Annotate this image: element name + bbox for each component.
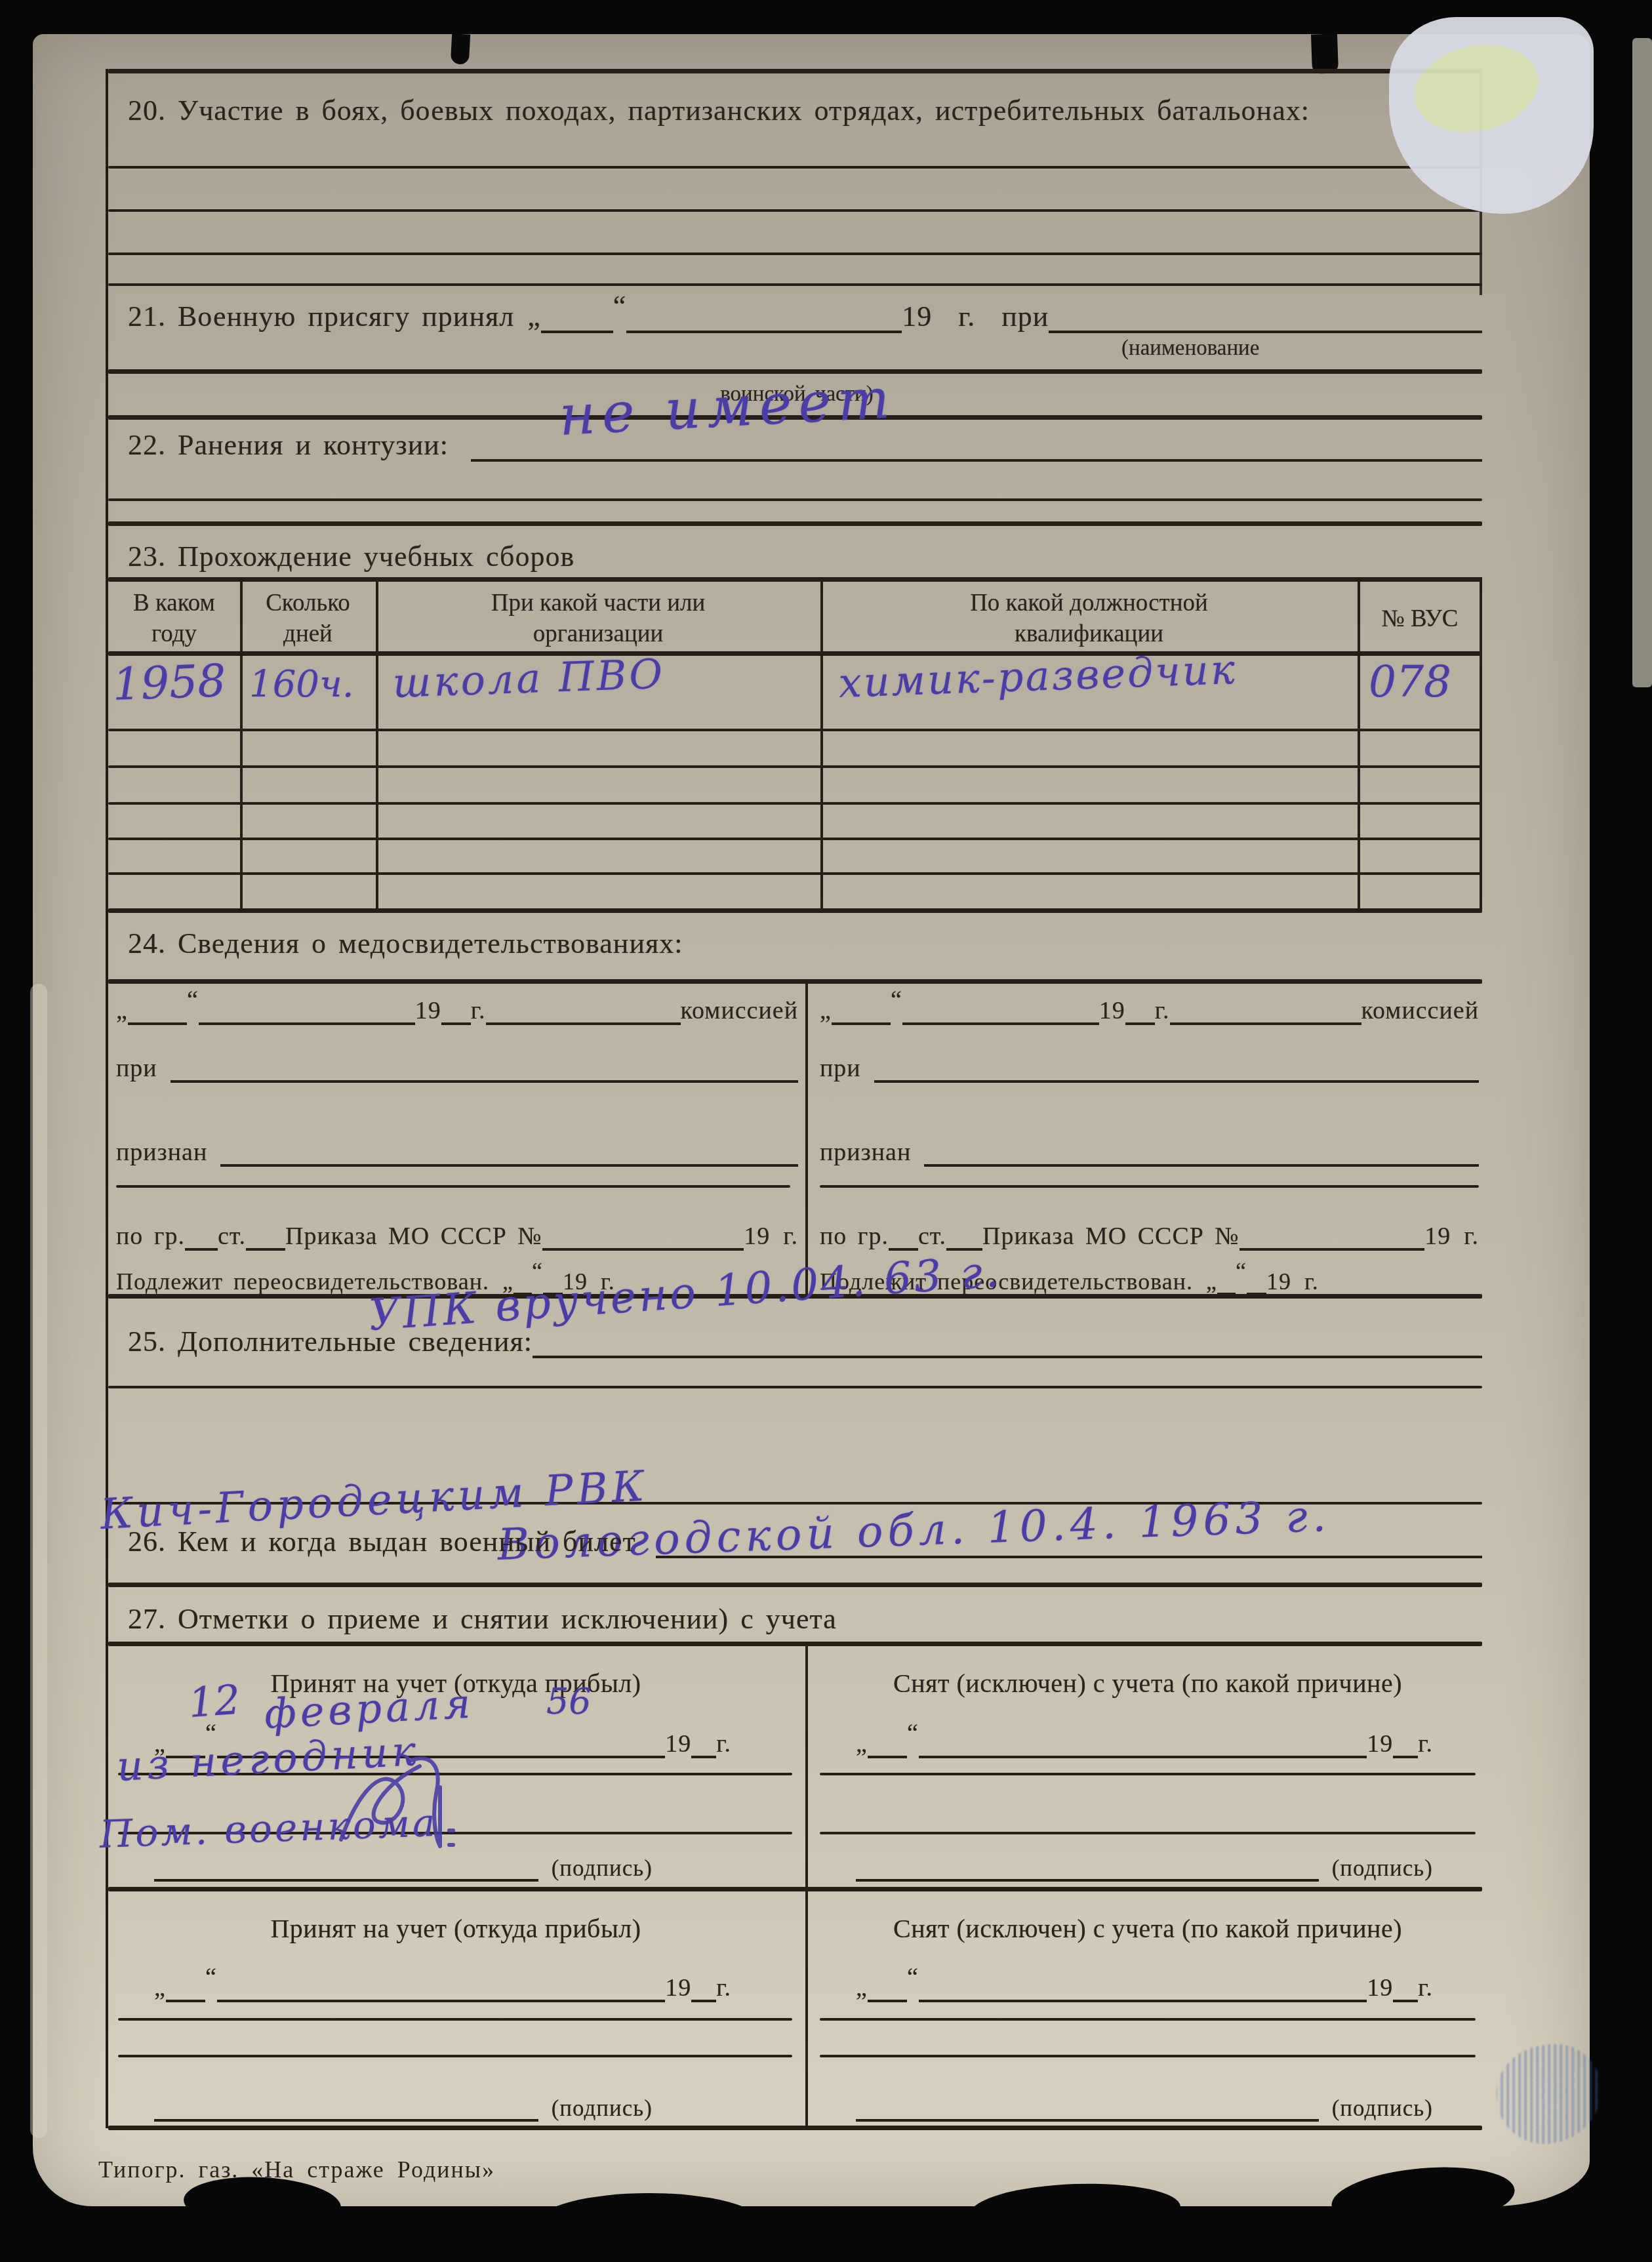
year-19: 19 — [415, 996, 441, 1025]
close-quote: “ — [907, 1963, 919, 1992]
ruled-line — [116, 1185, 790, 1188]
worn-paper-edge — [30, 984, 47, 2138]
priznan-label: признан — [116, 1138, 207, 1167]
ruled-line — [108, 1386, 1482, 1388]
close-quote: “ — [907, 1719, 919, 1748]
item25-row: 25. Дополнительные сведения: — [128, 1323, 1482, 1358]
fill-line — [1393, 1979, 1418, 2002]
open-quote: „ — [820, 996, 832, 1025]
form-area: 20. Участие в боях, боевых походах, парт… — [108, 69, 1482, 2197]
open-quote: „ — [856, 1729, 868, 1758]
fill-line — [919, 1735, 1367, 1758]
table27-remove-header-2: Снят (исключен) с учета (по какой причин… — [820, 1913, 1476, 1944]
fill-line — [1170, 1001, 1361, 1025]
item24-label: 24. Сведения о медосвидетельствованиях: — [128, 927, 683, 960]
table23-hw-vus: 078 — [1369, 656, 1451, 707]
signature-line — [154, 2094, 538, 2122]
ruled-line — [118, 2055, 792, 2057]
ink-mark — [1311, 33, 1339, 73]
fill-line — [874, 1059, 1479, 1083]
table27-remove-header: Снят (исключен) с учета (по какой причин… — [820, 1668, 1476, 1699]
section-divider-line — [108, 521, 1482, 526]
year-19: 19 — [1266, 1268, 1291, 1295]
commission-label: комиссией — [681, 996, 798, 1025]
signature-line — [856, 2094, 1319, 2122]
fill-line — [656, 1531, 1482, 1558]
med-block-top-border — [108, 979, 1482, 984]
table27-r2-left-signature-row: (подпись) — [154, 2090, 653, 2122]
year-g: г. — [471, 996, 486, 1025]
signature-line — [856, 1854, 1319, 1882]
table27-r2-right-date: „ “ 19 г. — [856, 1966, 1433, 2002]
ruled-line — [108, 209, 1482, 212]
fill-line — [246, 1227, 285, 1251]
table23-bottom-border — [108, 908, 1482, 913]
table23-header-underline — [108, 651, 1482, 656]
med-left-order-row: по гр. ст. Приказа МО СССР № 19 г. — [116, 1215, 798, 1251]
table27-r2-left-date: „ “ 19 г. — [154, 1966, 731, 2002]
ruled-line — [108, 283, 1482, 286]
med-right-pri-row: при — [820, 1047, 1479, 1083]
table27-r1-right-date: „ “ 19 г. — [856, 1722, 1433, 1758]
podpis-label: (подпись) — [1332, 1855, 1433, 1882]
fill-line — [1393, 1735, 1418, 1758]
st-label: ст. — [218, 1222, 246, 1251]
fill-line — [533, 1331, 1482, 1358]
section-divider-line — [108, 1583, 1482, 1587]
year-19: 19 — [665, 1973, 691, 2002]
close-quote: “ — [187, 986, 199, 1015]
fill-line — [199, 1001, 415, 1025]
item26-row: 26. Кем и когда выдан военный билет — [128, 1522, 1482, 1558]
year-g: г. — [716, 1729, 731, 1758]
year-g: г. — [783, 1222, 798, 1251]
table27-accept-header-2: Принят на учет (откуда прибыл) — [121, 1913, 790, 1944]
item27-hw-day: 12 — [187, 1676, 242, 1727]
med-left-date-row: „ “ 19 г. комиссией — [116, 988, 798, 1025]
fill-line — [486, 1001, 681, 1025]
po-gr-label: по гр. — [820, 1222, 889, 1251]
pri-label: при — [1001, 300, 1049, 333]
year-g: г. — [716, 1973, 731, 2002]
fill-line — [924, 1143, 1479, 1167]
ink-mark — [451, 33, 470, 64]
torn-edge — [538, 2193, 761, 2252]
ruled-line — [108, 498, 1482, 501]
pri-label: при — [116, 1054, 157, 1083]
table23-header-qualification: По какой должностнойквалификации — [820, 587, 1358, 650]
fill-line — [691, 1735, 716, 1758]
close-quote: “ — [205, 1963, 217, 1992]
table27-divider — [805, 1642, 808, 2126]
table23-hw-unit: школа ПВО — [392, 650, 666, 707]
podpis-label: (подпись) — [1332, 2095, 1433, 2122]
commission-label: комиссией — [1361, 996, 1479, 1025]
order-label: Приказа МО СССР № — [982, 1222, 1239, 1251]
table23-hw-year: 1958 — [111, 655, 227, 711]
fill-line — [441, 1001, 471, 1025]
fill-line — [868, 1979, 907, 2002]
fill-line — [1247, 1272, 1266, 1295]
year-g: г. — [958, 300, 975, 333]
ruled-line — [820, 2055, 1476, 2057]
close-quote: “ — [1236, 1257, 1247, 1285]
open-quote: „ — [116, 996, 128, 1025]
year-19: 19 — [744, 1222, 770, 1251]
item21-label: 21. Военную присягу принял — [128, 300, 514, 333]
year-19: 19 — [1424, 1222, 1451, 1251]
ruled-line — [108, 729, 1482, 731]
adjacent-page-edge — [1632, 38, 1652, 687]
fill-line — [902, 1001, 1099, 1025]
ruled-line — [108, 252, 1482, 255]
ruled-line — [108, 872, 1482, 875]
year-19: 19 — [1099, 996, 1125, 1025]
table23-top-border — [108, 577, 1482, 582]
fill-line — [889, 1227, 918, 1251]
fill-line — [1217, 1272, 1236, 1295]
table23-header-year: В какомгоду — [108, 587, 240, 650]
med-left-pri-row: при — [116, 1047, 798, 1083]
year-g: г. — [1155, 996, 1170, 1025]
fill-line — [832, 1001, 891, 1025]
ruled-line — [108, 802, 1482, 805]
print-shop-imprint: Типогр. газ. «На страже Родины» — [98, 2156, 495, 2183]
med-block-divider — [805, 979, 808, 1297]
med-right-date-row: „ “ 19 г. комиссией — [820, 988, 1479, 1025]
item27-label: 27. Отметки о приеме и снятии исключении… — [128, 1602, 837, 1636]
fill-line — [541, 306, 613, 333]
item21-oath-row: 21. Военную присягу принял „ “ 19 г. при — [128, 295, 1482, 333]
open-quote: „ — [1206, 1268, 1217, 1295]
order-label: Приказа МО СССР № — [285, 1222, 542, 1251]
item20-label: 20. Участие в боях, боевых походах, парт… — [128, 94, 1310, 127]
fill-line — [542, 1227, 744, 1251]
podpis-label: (подпись) — [552, 2095, 653, 2122]
po-gr-label: по гр. — [116, 1222, 185, 1251]
fill-line — [1239, 1227, 1425, 1251]
open-quote: „ — [856, 1973, 868, 2002]
fill-line — [919, 1979, 1367, 2002]
year-19: 19 — [902, 300, 932, 333]
fill-line — [171, 1059, 798, 1083]
fill-line — [691, 1979, 716, 2002]
fill-line — [217, 1979, 665, 2002]
med-right-priznan-row: признан — [820, 1131, 1479, 1167]
year-g: г. — [1464, 1222, 1479, 1251]
pri-label: при — [820, 1054, 861, 1083]
item26-label: 26. Кем и когда выдан военный билет — [128, 1525, 636, 1558]
item27-hw-year: 56 — [546, 1681, 592, 1722]
fill-line — [185, 1227, 218, 1251]
fill-line — [128, 1001, 187, 1025]
item22-label: 22. Ранения и контузии: — [128, 428, 449, 462]
fill-line — [868, 1735, 907, 1758]
priznan-label: признан — [820, 1138, 911, 1167]
table23-header-vus: № ВУС — [1358, 587, 1482, 650]
scanned-military-booklet-photo: { "s20": {"label": "20. Участие в боях, … — [0, 0, 1652, 2262]
ruled-line — [820, 1185, 1479, 1188]
table27-bottom-border — [108, 2126, 1482, 2130]
tape-stain — [1404, 29, 1549, 148]
table23-hw-days: 160ч. — [249, 663, 354, 706]
ruled-line — [108, 166, 1482, 169]
signature-flourish — [331, 1748, 489, 1866]
table23-header-unit: При какой части илиорганизации — [376, 587, 820, 650]
ruled-line — [820, 1832, 1476, 1834]
year-19: 19 — [665, 1729, 691, 1758]
med-left-priznan-row: признан — [116, 1131, 798, 1167]
med-right-order-row: по гр. ст. Приказа МО СССР № 19 г. — [820, 1215, 1479, 1251]
ruled-line — [108, 765, 1482, 768]
year-g: г. — [1304, 1268, 1319, 1295]
table27-r1-right-signature-row: (подпись) — [856, 1850, 1433, 1882]
podpis-label: (подпись) — [552, 1855, 653, 1882]
ruled-line — [820, 2018, 1476, 2021]
ruled-line — [108, 838, 1482, 840]
year-g: г. — [1418, 1729, 1433, 1758]
item21-hint-top: (наименование — [1121, 336, 1259, 361]
table27-r2-right-signature-row: (подпись) — [856, 2090, 1433, 2122]
open-quote: „ — [154, 1973, 166, 2002]
close-quote: “ — [613, 289, 627, 323]
fill-line — [220, 1143, 798, 1167]
ruled-line — [820, 1773, 1476, 1775]
frame-line-top — [108, 69, 1482, 73]
year-g: г. — [1418, 1973, 1433, 2002]
item25-label: 25. Дополнительные сведения: — [128, 1325, 533, 1358]
fill-line — [1125, 1001, 1155, 1025]
ruled-line — [118, 2018, 792, 2021]
fill-line — [1049, 306, 1482, 333]
table27-top-border — [108, 1642, 1482, 1646]
fill-line — [626, 306, 902, 333]
fill-line — [166, 1979, 205, 2002]
item23-label: 23. Прохождение учебных сборов — [128, 540, 574, 573]
close-quote: “ — [891, 986, 902, 1015]
st-label: ст. — [918, 1222, 946, 1251]
year-19: 19 — [1367, 1729, 1393, 1758]
table23-header-days: Сколькодней — [240, 587, 376, 650]
year-19: 19 — [1367, 1973, 1393, 2002]
table27-row-divider — [108, 1887, 1482, 1891]
open-quote: „ — [527, 300, 541, 333]
